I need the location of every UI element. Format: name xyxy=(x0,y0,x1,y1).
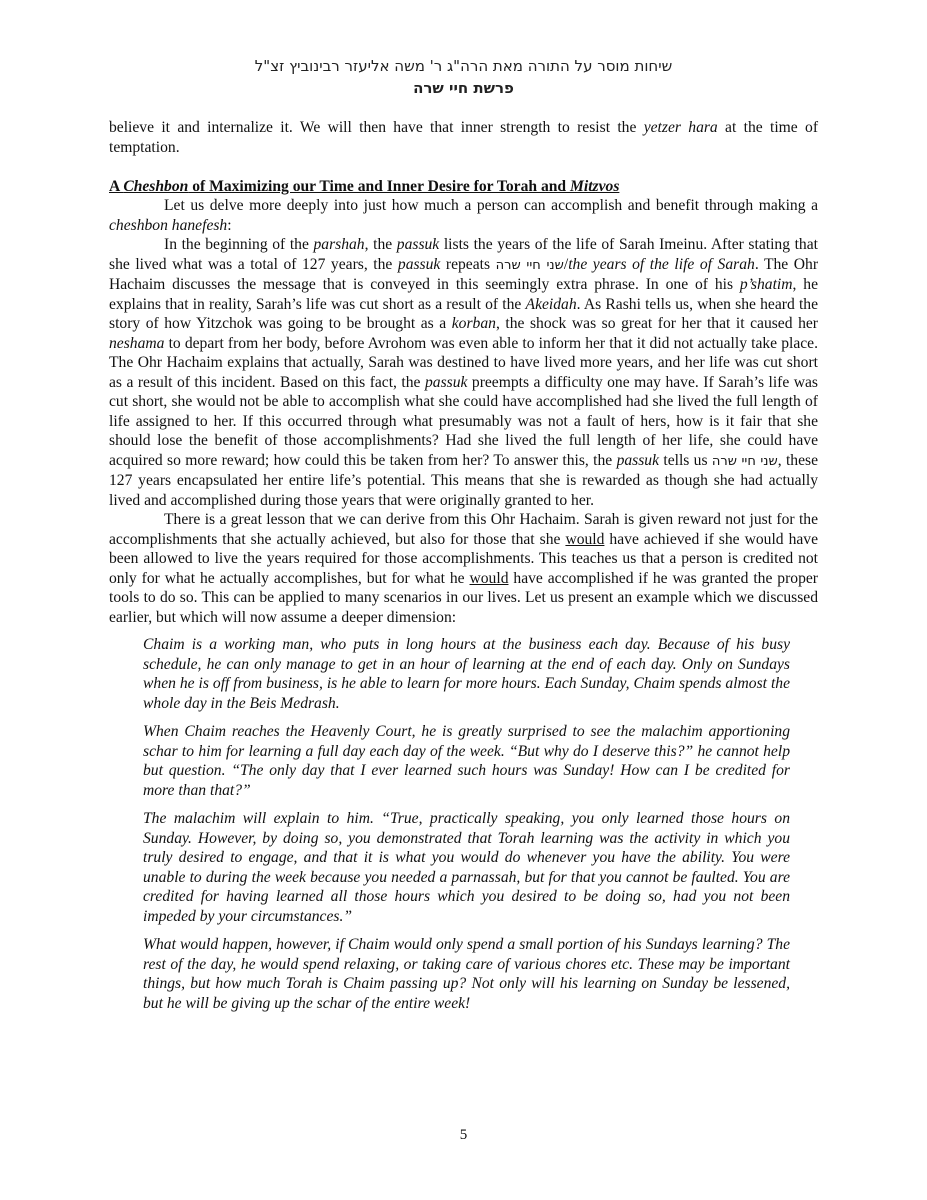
hebrew-phrase: שני חיי שרה xyxy=(712,454,778,469)
page-number: 5 xyxy=(0,1127,927,1144)
section-heading: A Cheshbon of Maximizing our Time and In… xyxy=(109,177,818,197)
page-header: שיחות מוסר על התורה מאת הרה"ג ר' משה אלי… xyxy=(0,55,927,99)
page-body: believe it and internalize it. We will t… xyxy=(109,118,818,1022)
paragraph-1: Let us delve more deeply into just how m… xyxy=(109,196,818,235)
quote-paragraph: When Chaim reaches the Heavenly Court, h… xyxy=(143,722,790,800)
quote-paragraph: Chaim is a working man, who puts in long… xyxy=(143,635,790,713)
paragraph-2: In the beginning of the parshah, the pas… xyxy=(109,235,818,510)
header-title: שיחות מוסר על התורה מאת הרה"ג ר' משה אלי… xyxy=(0,55,927,77)
quote-paragraph: The malachim will explain to him. “True,… xyxy=(143,809,790,926)
term-yetzer-hara: yetzer hara xyxy=(644,119,718,136)
header-parsha: פרשת חיי שרה xyxy=(0,77,927,99)
paragraph-3: There is a great lesson that we can deri… xyxy=(109,510,818,627)
example-quote-block: Chaim is a working man, who puts in long… xyxy=(143,635,790,1013)
quote-paragraph: What would happen, however, if Chaim wou… xyxy=(143,935,790,1013)
hebrew-phrase: שני חיי שרה xyxy=(496,258,564,273)
intro-paragraph: believe it and internalize it. We will t… xyxy=(109,118,818,157)
